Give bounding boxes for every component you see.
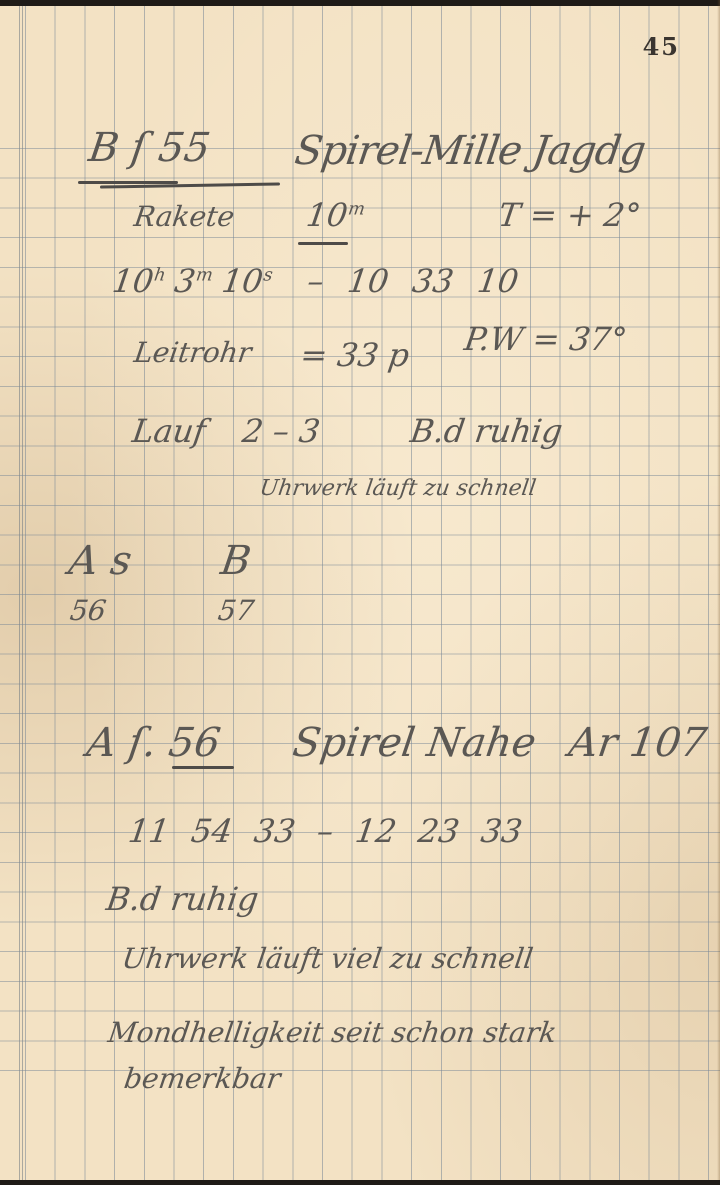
entry-1-temperature: T = + 2° [496, 196, 643, 234]
entry-1-lauf-note: B.d ruhig [408, 412, 565, 450]
entry-1-subitem-b-number: 57 [216, 594, 256, 627]
entry-1-lauf-label: Lauf [130, 412, 208, 450]
entry-2-code-underline [172, 766, 234, 769]
entry-1-pw: P.W = 37° [462, 320, 629, 358]
notebook-page: 45 B ſ 55 Spirel-Mille Jagdg Rakete 10m … [0, 0, 720, 1185]
entry-2-note-3: Mondhelligkeit seit schon stark [106, 1016, 559, 1049]
entry-1-subitem-a-number: 56 [68, 594, 108, 627]
page-bottom-edge [0, 1180, 720, 1185]
entry-1-lauf-value: 2 – 3 [240, 412, 322, 450]
entry-2-note-2: Uhrwerk läuft viel zu schnell [120, 942, 535, 975]
entry-1-time-end: – 10 33 10 [305, 262, 521, 300]
entry-2-description: Spirel Nahe [290, 720, 539, 766]
entry-1-time-start: 10h 3m 10s [110, 262, 275, 300]
entry-1-remark: Uhrwerk läuft zu schnell [258, 476, 538, 501]
entry-2-extra: Ar 107 [566, 720, 710, 766]
entry-1-subitem-a-letter: A s [66, 538, 135, 584]
page-number: 45 [643, 32, 680, 61]
entry-1-leitrohr-label: Leitrohr [132, 336, 254, 369]
entry-2-note-1: B.d ruhig [104, 880, 261, 918]
entry-1-code: B ſ 55 [86, 125, 213, 171]
entry-2-time-range: 11 54 33 – 12 23 33 [126, 812, 525, 850]
entry-1-rakete-underline [298, 242, 348, 245]
entry-2-code: A ſ. 56 [84, 720, 223, 766]
entry-1-description: Spirel-Mille Jagdg [292, 128, 648, 174]
entry-1-rakete-value: 10m [304, 196, 367, 234]
entry-2-note-4: bemerkbar [122, 1062, 283, 1095]
entry-1-leitrohr-value: = 33 p [298, 336, 412, 374]
entry-1-rakete-label: Rakete [132, 200, 236, 233]
